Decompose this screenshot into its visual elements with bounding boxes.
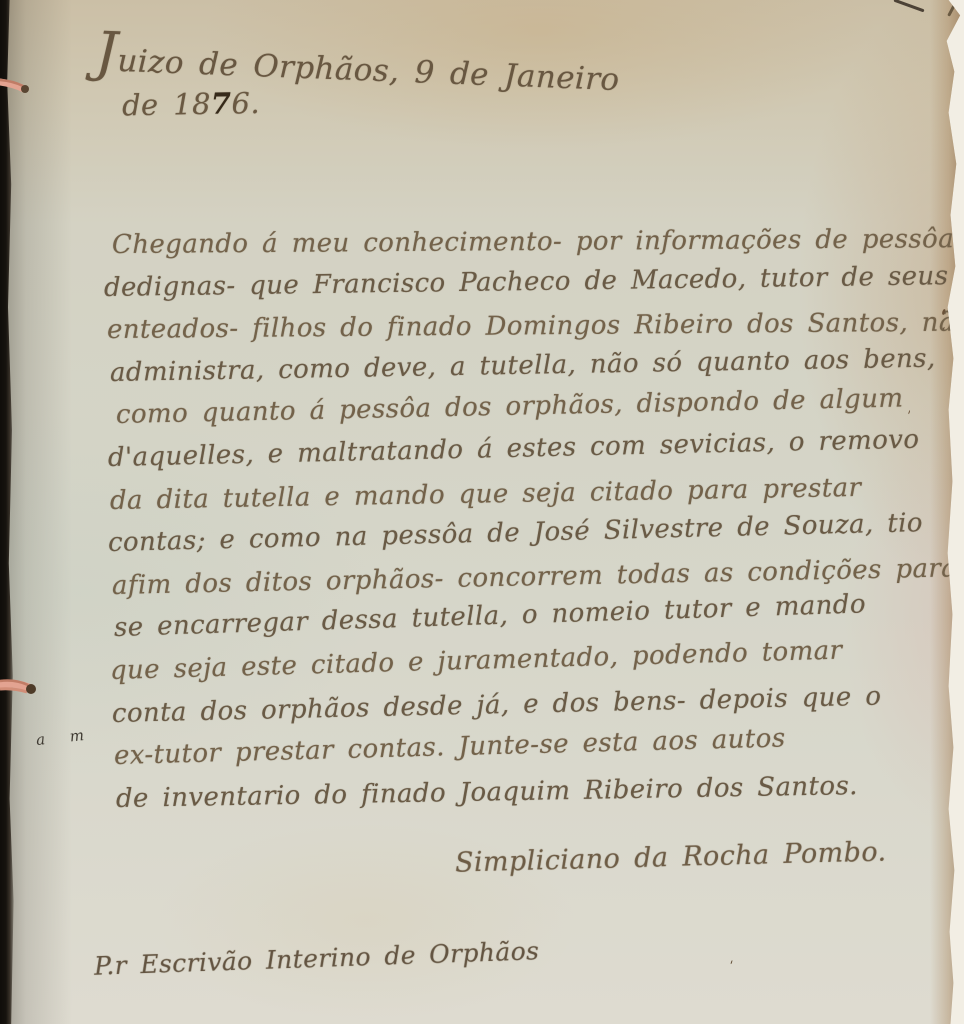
binding-thread-top-icon <box>0 72 34 106</box>
torn-edge-specks <box>950 287 957 296</box>
heading-year-pre: de 18 <box>122 87 211 123</box>
heading-year-post: 6. <box>231 86 260 120</box>
heading-year: de 1876. <box>122 80 621 123</box>
document-heading: Juizo de Orphãos, 9 de Janeiro de 1876. <box>96 42 621 118</box>
corner-pen-stroke <box>893 0 924 12</box>
margin-ink-marks: a m <box>35 725 95 749</box>
binding-thread-bottom-icon <box>0 668 40 708</box>
book-gutter-shadow <box>0 0 16 1024</box>
judge-signature: Simpliciano da Rocha Pombo. <box>455 836 887 878</box>
heading-year-overwritten-digit: 7 <box>211 86 232 120</box>
clerk-note: P.r Escrivão Interino de Orphãos <box>94 936 540 981</box>
document-body: Chegando á meu conhecimento- por informa… <box>98 224 946 820</box>
manuscript-page: Juizo de Orphãos, 9 de Janeiro de 1876. … <box>0 0 964 1024</box>
manuscript-photo: Juizo de Orphãos, 9 de Janeiro de 1876. … <box>0 0 964 1024</box>
